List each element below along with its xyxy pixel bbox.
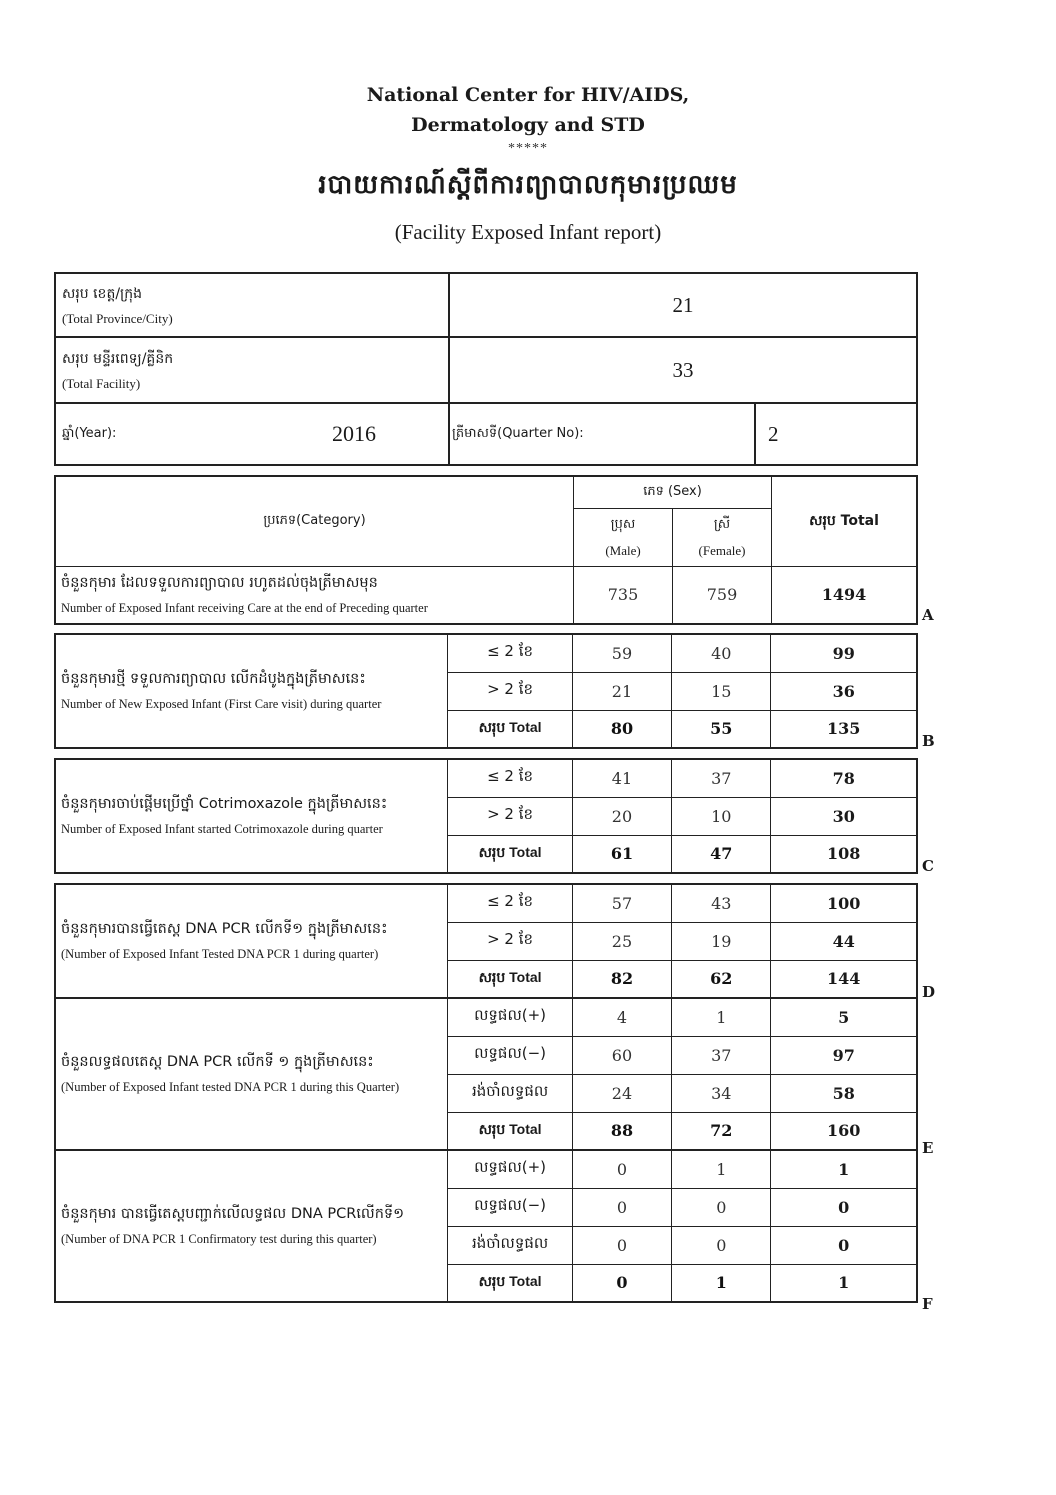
section-letter-b: B	[922, 732, 935, 750]
separator-stars: *****	[0, 141, 1056, 157]
section-def-table: ចំនួនកុមារបានធ្វើតេស្ត DNA PCR លើកទី១ ក្…	[54, 883, 918, 1303]
row-label: ≤ 2 ខែ	[448, 634, 572, 672]
male-header: ប្រុស (Male)	[574, 508, 673, 566]
row-label: លទ្ធផល(−)	[448, 1188, 572, 1226]
section-c-category: ចំនួនកុមារចាប់ផ្តើមប្រើថ្នាំ Cotrimoxazo…	[55, 759, 448, 873]
female-total: 62	[672, 960, 771, 998]
total-header: សរុប Total	[772, 476, 918, 566]
female-value: 37	[672, 759, 771, 797]
male-value: 0	[572, 1226, 671, 1264]
row-label: > 2 ខែ	[448, 672, 572, 710]
female-header: ស្រី (Female)	[673, 508, 772, 566]
female-value: 40	[672, 634, 771, 672]
section-a-total: 1494	[772, 566, 918, 624]
section-a-female: 759	[673, 566, 772, 624]
male-value: 41	[572, 759, 671, 797]
female-value: 1	[672, 1150, 771, 1188]
total-value: 97	[771, 1036, 917, 1074]
male-value: 60	[572, 1036, 671, 1074]
grand-total: 160	[771, 1112, 917, 1150]
row-label-total: សរុប Total	[448, 960, 572, 998]
section-letter-d: D	[922, 983, 935, 1001]
row-label: លទ្ធផល(+)	[448, 998, 572, 1036]
row-label: រង់ចាំលទ្ធផល	[448, 1226, 572, 1264]
total-value: 44	[771, 922, 917, 960]
province-value: 21	[449, 273, 917, 337]
section-a-table: ប្រភេទ(Category) ភេទ (Sex) សរុប Total ប្…	[54, 475, 918, 625]
report-title-khmer: របាយការណ៍ស្តីពីការព្យាបាលកុមារប្រឈម	[0, 168, 1056, 206]
male-value: 25	[572, 922, 671, 960]
male-value: 20	[572, 797, 671, 835]
section-a-category: ចំនួនកុមារ ដែលទទួលការព្យាបាល រហូតដល់ចុងត…	[55, 566, 574, 624]
total-value: 100	[771, 884, 917, 922]
total-value: 1	[771, 1150, 917, 1188]
female-value: 1	[672, 998, 771, 1036]
quarter-value: 2	[755, 403, 917, 465]
row-label-total: សរុប Total	[448, 835, 572, 873]
total-value: 5	[771, 998, 917, 1036]
female-value: 43	[672, 884, 771, 922]
facility-label: សរុប មន្ទីរពេទ្យ/គ្លីនិក (Total Facility…	[55, 337, 449, 403]
row-label: > 2 ខែ	[448, 922, 572, 960]
male-total: 61	[572, 835, 671, 873]
female-value: 10	[672, 797, 771, 835]
male-value: 57	[572, 884, 671, 922]
category-header: ប្រភេទ(Category)	[55, 476, 574, 566]
grand-total: 144	[771, 960, 917, 998]
total-value: 58	[771, 1074, 917, 1112]
female-value: 37	[672, 1036, 771, 1074]
quarter-label: ត្រីមាសទី(Quarter No):	[449, 403, 755, 465]
female-value: 0	[672, 1188, 771, 1226]
total-value: 0	[771, 1226, 917, 1264]
row-label-total: សរុប Total	[448, 1264, 572, 1302]
section-b-table: ចំនួនកុមារថ្មី ទទួលការព្យាបាល លើកដំបូងក្…	[54, 633, 918, 749]
male-value: 0	[572, 1150, 671, 1188]
total-value: 99	[771, 634, 917, 672]
row-label-total: សរុប Total	[448, 710, 572, 748]
male-total: 82	[572, 960, 671, 998]
section-e-category: ចំនួនលទ្ធផលតេស្ត DNA PCR លើកទី ១ ក្នុងត្…	[55, 998, 448, 1150]
row-label: ≤ 2 ខែ	[448, 884, 572, 922]
organization-name-line2: Dermatology and STD	[0, 114, 1056, 136]
male-value: 59	[572, 634, 671, 672]
female-value: 34	[672, 1074, 771, 1112]
female-total: 1	[672, 1264, 771, 1302]
female-total: 47	[672, 835, 771, 873]
year-label: ឆ្នាំ(Year):	[62, 425, 332, 444]
report-title-english: (Facility Exposed Infant report)	[0, 220, 1056, 245]
section-letter-a: A	[922, 606, 934, 624]
male-value: 0	[572, 1188, 671, 1226]
sex-header: ភេទ (Sex)	[574, 476, 772, 508]
section-b-category: ចំនួនកុមារថ្មី ទទួលការព្យាបាល លើកដំបូងក្…	[55, 634, 448, 748]
organization-name-line1: National Center for HIV/AIDS,	[0, 84, 1056, 106]
row-label: ≤ 2 ខែ	[448, 759, 572, 797]
section-letter-f: F	[922, 1295, 933, 1313]
year-cell: ឆ្នាំ(Year): 2016	[55, 403, 449, 465]
male-total: 80	[572, 710, 671, 748]
section-letter-e: E	[922, 1139, 933, 1157]
female-total: 55	[672, 710, 771, 748]
section-d-category: ចំនួនកុមារបានធ្វើតេស្ត DNA PCR លើកទី១ ក្…	[55, 884, 448, 998]
total-value: 78	[771, 759, 917, 797]
grand-total: 1	[771, 1264, 917, 1302]
male-value: 24	[572, 1074, 671, 1112]
male-value: 21	[572, 672, 671, 710]
female-value: 15	[672, 672, 771, 710]
female-value: 0	[672, 1226, 771, 1264]
male-total: 0	[572, 1264, 671, 1302]
section-letter-c: C	[922, 857, 934, 875]
row-label: > 2 ខែ	[448, 797, 572, 835]
section-a-male: 735	[574, 566, 673, 624]
total-value: 36	[771, 672, 917, 710]
row-label: លទ្ធផល(+)	[448, 1150, 572, 1188]
grand-total: 108	[771, 835, 917, 873]
section-f-category: ចំនួនកុមារ បានធ្វើតេស្តបញ្ជាក់លើលទ្ធផល D…	[55, 1150, 448, 1302]
facility-value: 33	[449, 337, 917, 403]
total-value: 30	[771, 797, 917, 835]
province-label: សរុប ខេត្ត/ក្រុង (Total Province/City)	[55, 273, 449, 337]
report-info-table: សរុប ខេត្ត/ក្រុង (Total Province/City) 2…	[54, 272, 918, 466]
year-value: 2016	[332, 421, 376, 447]
row-label: រង់ចាំលទ្ធផល	[448, 1074, 572, 1112]
female-value: 19	[672, 922, 771, 960]
total-value: 0	[771, 1188, 917, 1226]
female-total: 72	[672, 1112, 771, 1150]
row-label: លទ្ធផល(−)	[448, 1036, 572, 1074]
male-total: 88	[572, 1112, 671, 1150]
row-label-total: សរុប Total	[448, 1112, 572, 1150]
male-value: 4	[572, 998, 671, 1036]
grand-total: 135	[771, 710, 917, 748]
section-c-table: ចំនួនកុមារចាប់ផ្តើមប្រើថ្នាំ Cotrimoxazo…	[54, 758, 918, 874]
